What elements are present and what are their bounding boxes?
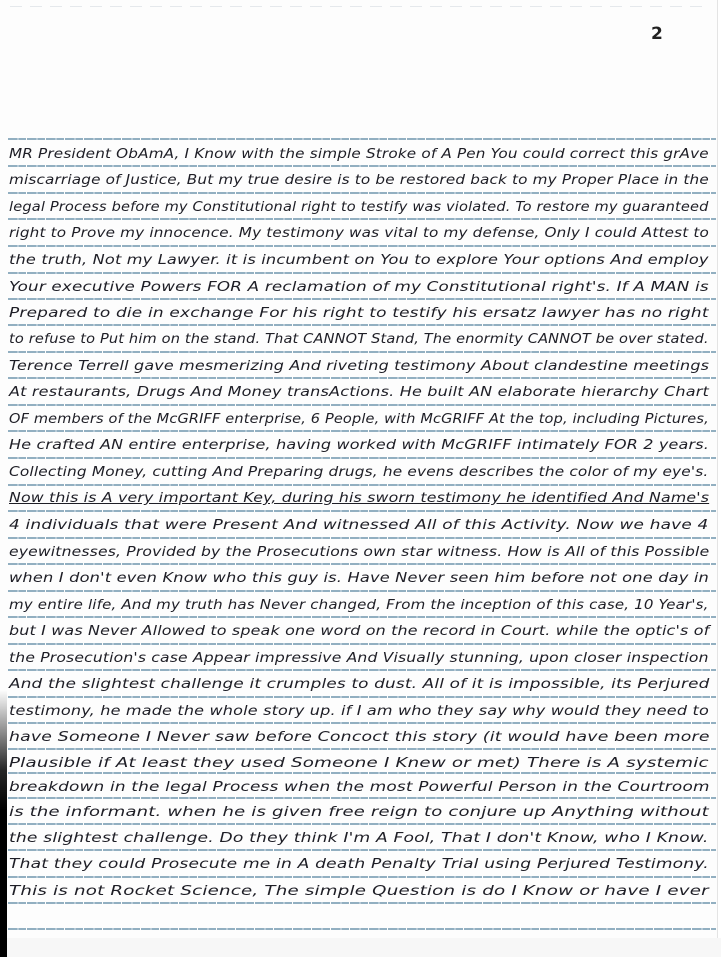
text-line: eyewitnesses, Provided by the Prosecutio… [9, 541, 709, 565]
text-line: the Prosecution's case Appear impressive… [9, 647, 709, 671]
text-line: MR President ObAmA, I Know with the simp… [9, 143, 709, 167]
text-line: miscarriage of Justice, But my true desi… [9, 169, 709, 193]
text-line: He crafted AN entire enterprise, having … [9, 434, 709, 458]
text-line: have Someone I Never saw before Concoct … [9, 726, 710, 750]
text-line: right to Prove my innocence. My testimon… [9, 222, 709, 246]
ruled-line [8, 928, 716, 930]
text-line: when I don't even Know who this guy is. … [9, 567, 709, 591]
scan-artifact-line [10, 6, 710, 7]
text-line: 4 individuals that were Present And witn… [9, 514, 708, 538]
text-line: but I was Never Allowed to speak one wor… [9, 620, 709, 644]
text-line: the truth, Not my Lawyer. it is incumben… [9, 249, 709, 273]
ruled-line [8, 138, 716, 140]
scan-background [0, 938, 721, 957]
text-line: to refuse to Put him on the stand. That … [9, 328, 709, 352]
text-line: This is not Rocket Science, The simple Q… [9, 880, 709, 904]
text-line: breakdown in the legal Process when the … [9, 776, 710, 800]
text-line: Terence Terrell gave mesmerizing And riv… [9, 355, 709, 379]
text-line: the slightest challenge. Do they think I… [9, 827, 708, 851]
text-line: my entire life, And my truth has Never c… [9, 594, 709, 618]
text-line: legal Process before my Constitutional r… [9, 196, 709, 220]
text-line: And the slightest challenge it crumples … [9, 673, 709, 697]
text-line: Your executive Powers FOR A reclamation … [9, 276, 709, 300]
text-line: Prepared to die in exchange For his righ… [9, 302, 709, 326]
text-line: OF members of the McGRIFF enterprise, 6 … [9, 408, 709, 432]
text-line: is the informant. when he is given free … [9, 801, 709, 825]
text-line: testimony, he made the whole story up. i… [9, 700, 709, 724]
letter-page: 2 MR President ObAmA, I Kn [0, 0, 718, 939]
page-number: 2 [651, 24, 663, 44]
scan-edge-shadow [0, 690, 7, 957]
text-line: Collecting Money, cutting And Preparing … [9, 461, 708, 485]
text-line: That they could Prosecute me in A death … [9, 853, 709, 877]
text-line: Plausible if At least they used Someone … [9, 752, 709, 776]
text-line: At restaurants, Drugs And Money transAct… [9, 381, 709, 405]
text-line-underlined: Now this is A very important Key, during… [9, 487, 709, 511]
